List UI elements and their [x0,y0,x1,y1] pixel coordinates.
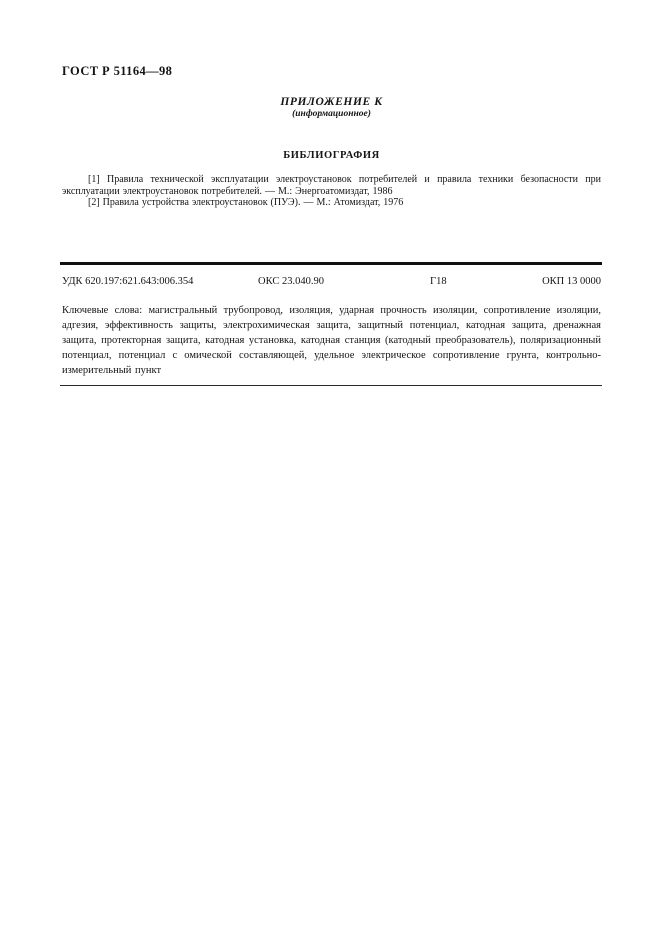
okp-code: ОКП 13 0000 [542,276,601,287]
bibliography-entry: [1] Правила технической эксплуатации эле… [62,174,601,197]
appendix-note: (информационное) [62,109,601,119]
oks-code: ОКС 23.040.90 [258,276,324,287]
classification-row: УДК 620.197:621.643:006.354 ОКС 23.040.9… [62,276,601,290]
doc-number: ГОСТ Р 51164—98 [62,64,601,79]
udk-code: УДК 620.197:621.643:006.354 [62,276,193,287]
keywords-paragraph: Ключевые слова: магистральный трубопрово… [62,303,601,378]
appendix-heading: ПРИЛОЖЕНИЕ К (информационное) [62,96,601,119]
appendix-title: ПРИЛОЖЕНИЕ К [62,96,601,108]
page-content: ГОСТ Р 51164—98 ПРИЛОЖЕНИЕ К (информацио… [0,64,661,386]
keywords-text: магистральный трубопровод, изоляция, уда… [62,305,601,376]
thin-divider-rule [60,385,602,386]
bibliography-title: БИБЛИОГРАФИЯ [62,150,601,161]
group-code: Г18 [430,276,447,287]
bibliography-list: [1] Правила технической эксплуатации эле… [62,174,601,209]
bibliography-entry: [2] Правила устройства электроустановок … [62,197,601,209]
keywords-label: Ключевые слова: [62,305,142,316]
document-page: ГОСТ Р 51164—98 ПРИЛОЖЕНИЕ К (информацио… [0,0,661,936]
thick-divider-rule [60,262,602,265]
